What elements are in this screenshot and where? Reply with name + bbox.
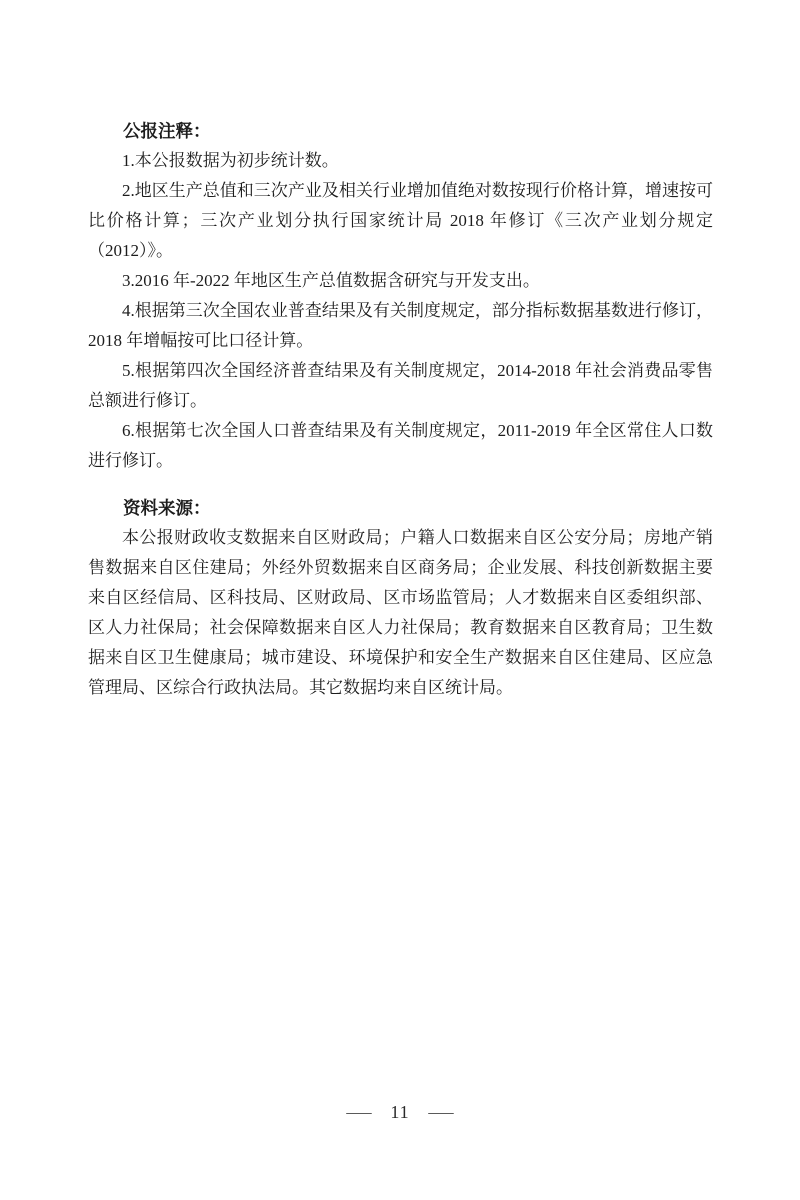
note-paragraph-1: 1.本公报数据为初步统计数。 — [88, 146, 713, 176]
sources-section-heading: 资料来源： — [88, 493, 713, 523]
page-footer: — 11 — — [0, 1098, 800, 1126]
note-paragraph-3: 3.2016 年-2022 年地区生产总值数据含研究与开发支出。 — [88, 266, 713, 296]
note-paragraph-4: 4.根据第三次全国农业普查结果及有关制度规定，部分指标数据基数进行修订，2018… — [88, 296, 713, 356]
notes-section-heading: 公报注释： — [88, 116, 713, 146]
sources-paragraph: 本公报财政收支数据来自区财政局；户籍人口数据来自区公安分局；房地产销售数据来自区… — [88, 523, 713, 703]
page-number: 11 — [390, 1098, 409, 1126]
footer-right-dash: — — [429, 1098, 454, 1126]
note-paragraph-2: 2.地区生产总值和三次产业及相关行业增加值绝对数按现行价格计算，增速按可比价格计… — [88, 176, 713, 266]
note-paragraph-6: 6.根据第七次全国人口普查结果及有关制度规定，2011-2019 年全区常住人口… — [88, 416, 713, 476]
footer-left-dash: — — [346, 1098, 371, 1126]
note-paragraph-5: 5.根据第四次全国经济普查结果及有关制度规定，2014-2018 年社会消费品零… — [88, 356, 713, 416]
document-content: 公报注释： 1.本公报数据为初步统计数。 2.地区生产总值和三次产业及相关行业增… — [88, 116, 713, 703]
document-page: 公报注释： 1.本公报数据为初步统计数。 2.地区生产总值和三次产业及相关行业增… — [0, 0, 800, 1200]
